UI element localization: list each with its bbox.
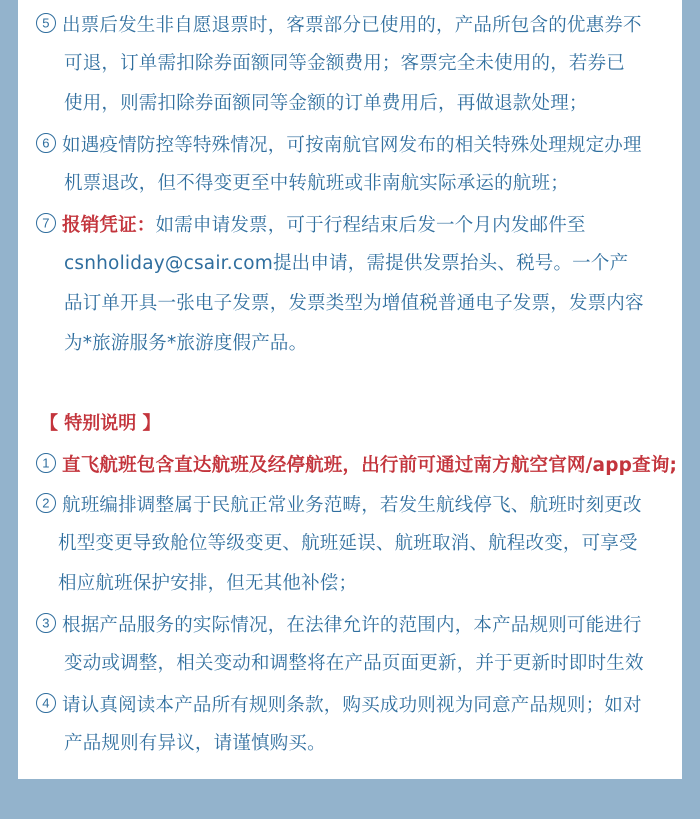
circled-number-4-icon: 4 bbox=[35, 692, 57, 714]
svg-text:1: 1 bbox=[42, 456, 49, 471]
rule-item-6-line-1: 6如遇疫情防控等特殊情况，可按南航官网发布的相关特殊处理规定办理 bbox=[18, 132, 642, 158]
svg-text:3: 3 bbox=[42, 616, 49, 631]
rule-item-7-line-4: 为*旅游服务*旅游度假产品。 bbox=[18, 332, 307, 356]
rule-item-7-line-1: 7报销凭证：如需申请发票，可于行程结束后发一个月内发邮件至 bbox=[18, 212, 586, 238]
invoice-label: 报销凭证： bbox=[62, 215, 156, 236]
circled-number-6-icon: 6 bbox=[35, 132, 57, 154]
rule-item-5-line-3: 使用，则需扣除券面额同等金额的订单费用后，再做退款处理； bbox=[18, 92, 588, 116]
note-item-3-line-2: 变动或调整，相关变动和调整将在产品页面更新，并于更新时即时生效 bbox=[18, 652, 644, 676]
note-item-2-line-1: 2航班编排调整属于民航正常业务范畴，若发生航线停飞、航班时刻更改 bbox=[18, 492, 642, 518]
rule-item-6-line-2: 机票退改，但不得变更至中转航班或非南航实际承运的航班； bbox=[18, 172, 569, 196]
rule-item-7-line-3: 品订单开具一张电子发票，发票类型为增值税普通电子发票，发票内容 bbox=[18, 292, 644, 316]
rule-item-5-line-1: 5出票后发生非自愿退票时，客票部分已使用的，产品所包含的优惠券不 bbox=[18, 12, 642, 38]
svg-text:5: 5 bbox=[42, 16, 49, 31]
special-notes-heading: 【 特别说明 】 bbox=[40, 412, 161, 436]
circled-number-5-icon: 5 bbox=[35, 12, 57, 34]
note-item-4-line-1: 4请认真阅读本产品所有规则条款，购买成功则视为同意产品规则；如对 bbox=[18, 692, 642, 718]
rule-item-7-line-2: csnholiday@csair.com提出申请，需提供发票抬头、税号。一个产 bbox=[18, 252, 628, 276]
rule-item-5-line-2: 可退，订单需扣除券面额同等金额费用；客票完全未使用的，若券已 bbox=[18, 52, 625, 76]
circled-number-7-icon: 7 bbox=[35, 212, 57, 234]
rules-panel: 5出票后发生非自愿退票时，客票部分已使用的，产品所包含的优惠券不 可退，订单需扣… bbox=[18, 0, 682, 779]
svg-text:4: 4 bbox=[42, 696, 49, 711]
note-item-2-line-3: 相应航班保护安排，但无其他补偿； bbox=[18, 572, 357, 596]
circled-number-3-icon: 3 bbox=[35, 612, 57, 634]
svg-text:6: 6 bbox=[42, 136, 49, 151]
note-item-1: 1直飞航班包含直达航班及经停航班，出行前可通过南方航空官网/app查询; bbox=[18, 452, 677, 478]
svg-text:7: 7 bbox=[42, 216, 49, 231]
note-item-3-line-1: 3根据产品服务的实际情况，在法律允许的范围内，本产品规则可能进行 bbox=[18, 612, 642, 638]
note-item-2-line-2: 机型变更导致舱位等级变更、航班延误、航班取消、航程改变，可享受 bbox=[18, 532, 638, 556]
circled-number-2-icon: 2 bbox=[35, 492, 57, 514]
svg-text:2: 2 bbox=[42, 496, 49, 511]
note-item-4-line-2: 产品规则有异议，请谨慎购买。 bbox=[18, 732, 326, 756]
circled-number-1-icon: 1 bbox=[35, 452, 57, 474]
